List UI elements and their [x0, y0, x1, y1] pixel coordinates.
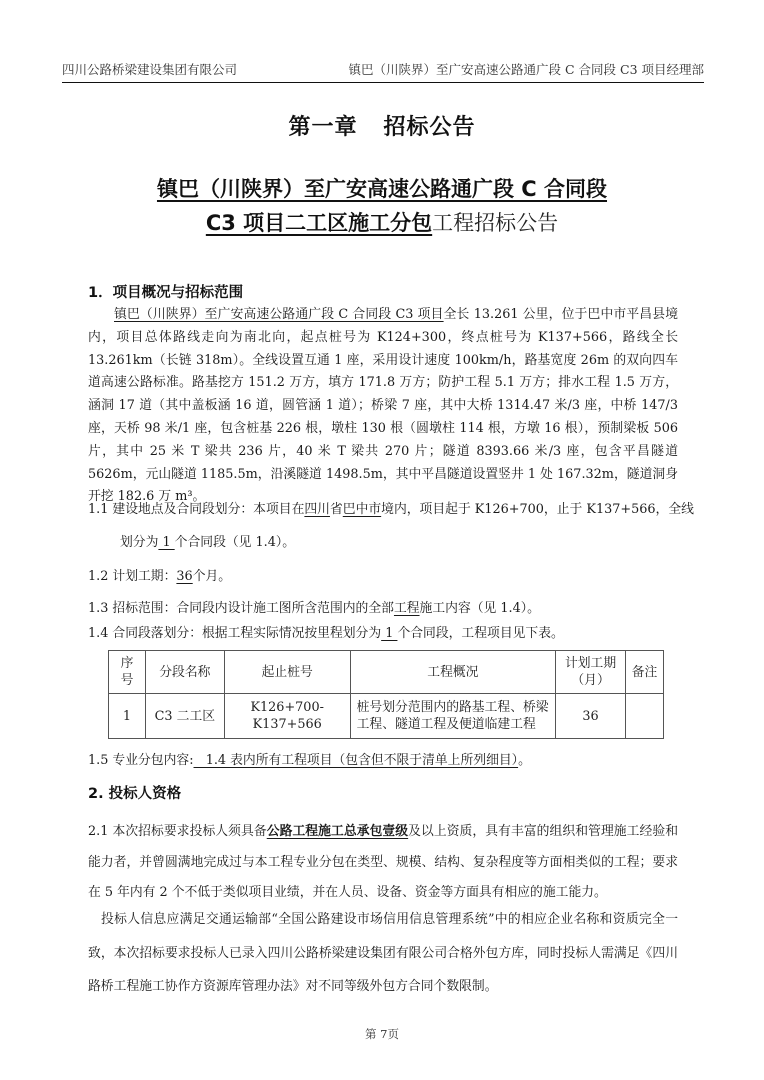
item-1-4-count: 1 [381, 626, 397, 641]
item-1-2: 1.2 计划工期：36个月。 [88, 567, 231, 587]
header-overview: 工程概况 [350, 651, 555, 694]
cell-period: 36 [556, 694, 626, 739]
subcontract-scope: 1.4 表内所有工程项目（包含但不限于清单上所列细目） [194, 753, 519, 768]
province: 四川 [304, 502, 330, 517]
page-header: 四川公路桥梁建设集团有限公司 镇巴（川陕界）至广安高速公路通广段 C 合同段 C… [62, 60, 704, 83]
chapter-number: 第一章 [288, 115, 357, 140]
cell-overview: 桩号划分范围内的路基工程、桥梁工程、隧道工程及便道临建工程 [350, 694, 555, 739]
section-2-heading: 2. 投标人资格 [88, 784, 181, 804]
cell-section-name: C3 二工区 [145, 694, 224, 739]
document-title-suffix: 工程招标公告 [432, 211, 558, 235]
item-1-1-line2-prefix: 划分为 [120, 535, 158, 550]
item-1-4-suffix: 个合同段，工程项目见下表。 [397, 626, 563, 641]
project-overview-text: 全长 13.261 公里，位于巴中市平昌县境内，项目总体路线走向为南北向，起点桩… [88, 307, 678, 504]
table-row: 1 C3 二工区 K126+700-K137+566 桩号划分范围内的路基工程、… [109, 694, 664, 739]
item-1-1-mid: 省 [330, 502, 343, 517]
item-1-2-prefix: 1.2 计划工期： [88, 569, 176, 584]
item-1-1-prefix: 1.1 建设地点及合同段划分：本项目在 [88, 502, 304, 517]
item-1-3: 1.3 招标范围：合同段内设计施工图所含范围内的全部工程施工内容（见 1.4）。 [88, 599, 540, 619]
header-section-name: 分段名称 [145, 651, 224, 694]
document-title-line-2: C3 项目二工区施工分包工程招标公告 [0, 208, 764, 238]
header-remarks: 备注 [626, 651, 664, 694]
item-1-3-suffix: 施工内容（见 1.4）。 [420, 601, 540, 616]
item-1-1-continued: 划分为 1 个合同段（见 1.4）。 [120, 533, 295, 553]
planned-duration-months: 36 [176, 569, 192, 584]
item-1-4-prefix: 1.4 合同段落划分：根据工程实际情况按里程划分为 [88, 626, 381, 641]
bidder-info-paragraph: 投标人信息应满足交通运输部“全国公路建设市场信用信息管理系统”中的相应企业名称和… [88, 903, 678, 1004]
cell-chainage: K126+700-K137+566 [224, 694, 350, 739]
table-header-row: 序 号 分段名称 起止桩号 工程概况 计划工期 （月） 备注 [109, 651, 664, 694]
header-chainage: 起止桩号 [224, 651, 350, 694]
cell-seq: 1 [109, 694, 146, 739]
item-1-5-prefix: 1.5 专业分包内容: [88, 753, 194, 768]
item-1-1-rest: 境内，项目起于 K126+700，止于 K137+566，全线 [381, 502, 694, 517]
item-1-4: 1.4 合同段落划分：根据工程实际情况按里程划分为 1 个合同段，工程项目见下表… [88, 624, 564, 644]
city: 巴中市 [343, 502, 381, 517]
header-seq: 序 号 [109, 651, 146, 694]
project-name: 镇巴（川陕界）至广安高速公路通广段 C 合同段 C3 项目 [114, 307, 444, 322]
item-1-1: 1.1 建设地点及合同段划分：本项目在四川省巴中市境内，项目起于 K126+70… [88, 500, 694, 520]
chapter-name: 招标公告 [384, 115, 476, 140]
item-1-3-prefix: 1.3 招标范围：合同段内设计施工图所含范围内的全部 [88, 601, 394, 616]
item-1-3-scope: 工程 [394, 601, 420, 616]
header-period-line-1: 计划工期 [560, 655, 621, 672]
section-1-heading: 1．项目概况与招标范围 [88, 283, 243, 303]
header-seq-line-2: 号 [113, 672, 141, 689]
item-1-5: 1.5 专业分包内容: 1.4 表内所有工程项目（包含但不限于清单上所列细目）。 [88, 751, 531, 771]
header-period: 计划工期 （月） [556, 651, 626, 694]
item-2-1-prefix: 2.1 本次招标要求投标人须具备 [88, 824, 267, 839]
contract-section-table: 序 号 分段名称 起止桩号 工程概况 计划工期 （月） 备注 1 C3 二工区 … [108, 650, 664, 739]
item-1-5-suffix: 。 [518, 753, 531, 768]
chapter-title: 第一章招标公告 [0, 113, 764, 143]
cell-remarks [626, 694, 664, 739]
item-1-2-suffix: 个月。 [193, 569, 231, 584]
header-period-line-2: （月） [560, 672, 621, 689]
project-overview-paragraph: 镇巴（川陕界）至广安高速公路通广段 C 合同段 C3 项目全长 13.261 公… [88, 304, 678, 509]
header-seq-line-1: 序 [113, 655, 141, 672]
header-company: 四川公路桥梁建设集团有限公司 [62, 60, 237, 80]
header-department: 镇巴（川陕界）至广安高速公路通广段 C 合同段 C3 项目经理部 [349, 60, 704, 80]
document-title-subproject: C3 项目二工区施工分包 [206, 211, 432, 235]
item-1-1-line2-suffix: 个合同段（见 1.4）。 [175, 535, 295, 550]
item-2-1-paragraph: 2.1 本次招标要求投标人须具备公路工程施工总承包壹级及以上资质，具有丰富的组织… [88, 817, 678, 909]
required-qualification: 公路工程施工总承包壹级 [267, 824, 408, 839]
page-number: 第 7页 [0, 1026, 764, 1042]
document-title-line-1: 镇巴（川陕界）至广安高速公路通广段 C 合同段 [0, 174, 764, 204]
contract-section-count: 1 [158, 535, 174, 550]
document-title-project: 镇巴（川陕界）至广安高速公路通广段 C 合同段 [157, 177, 607, 201]
